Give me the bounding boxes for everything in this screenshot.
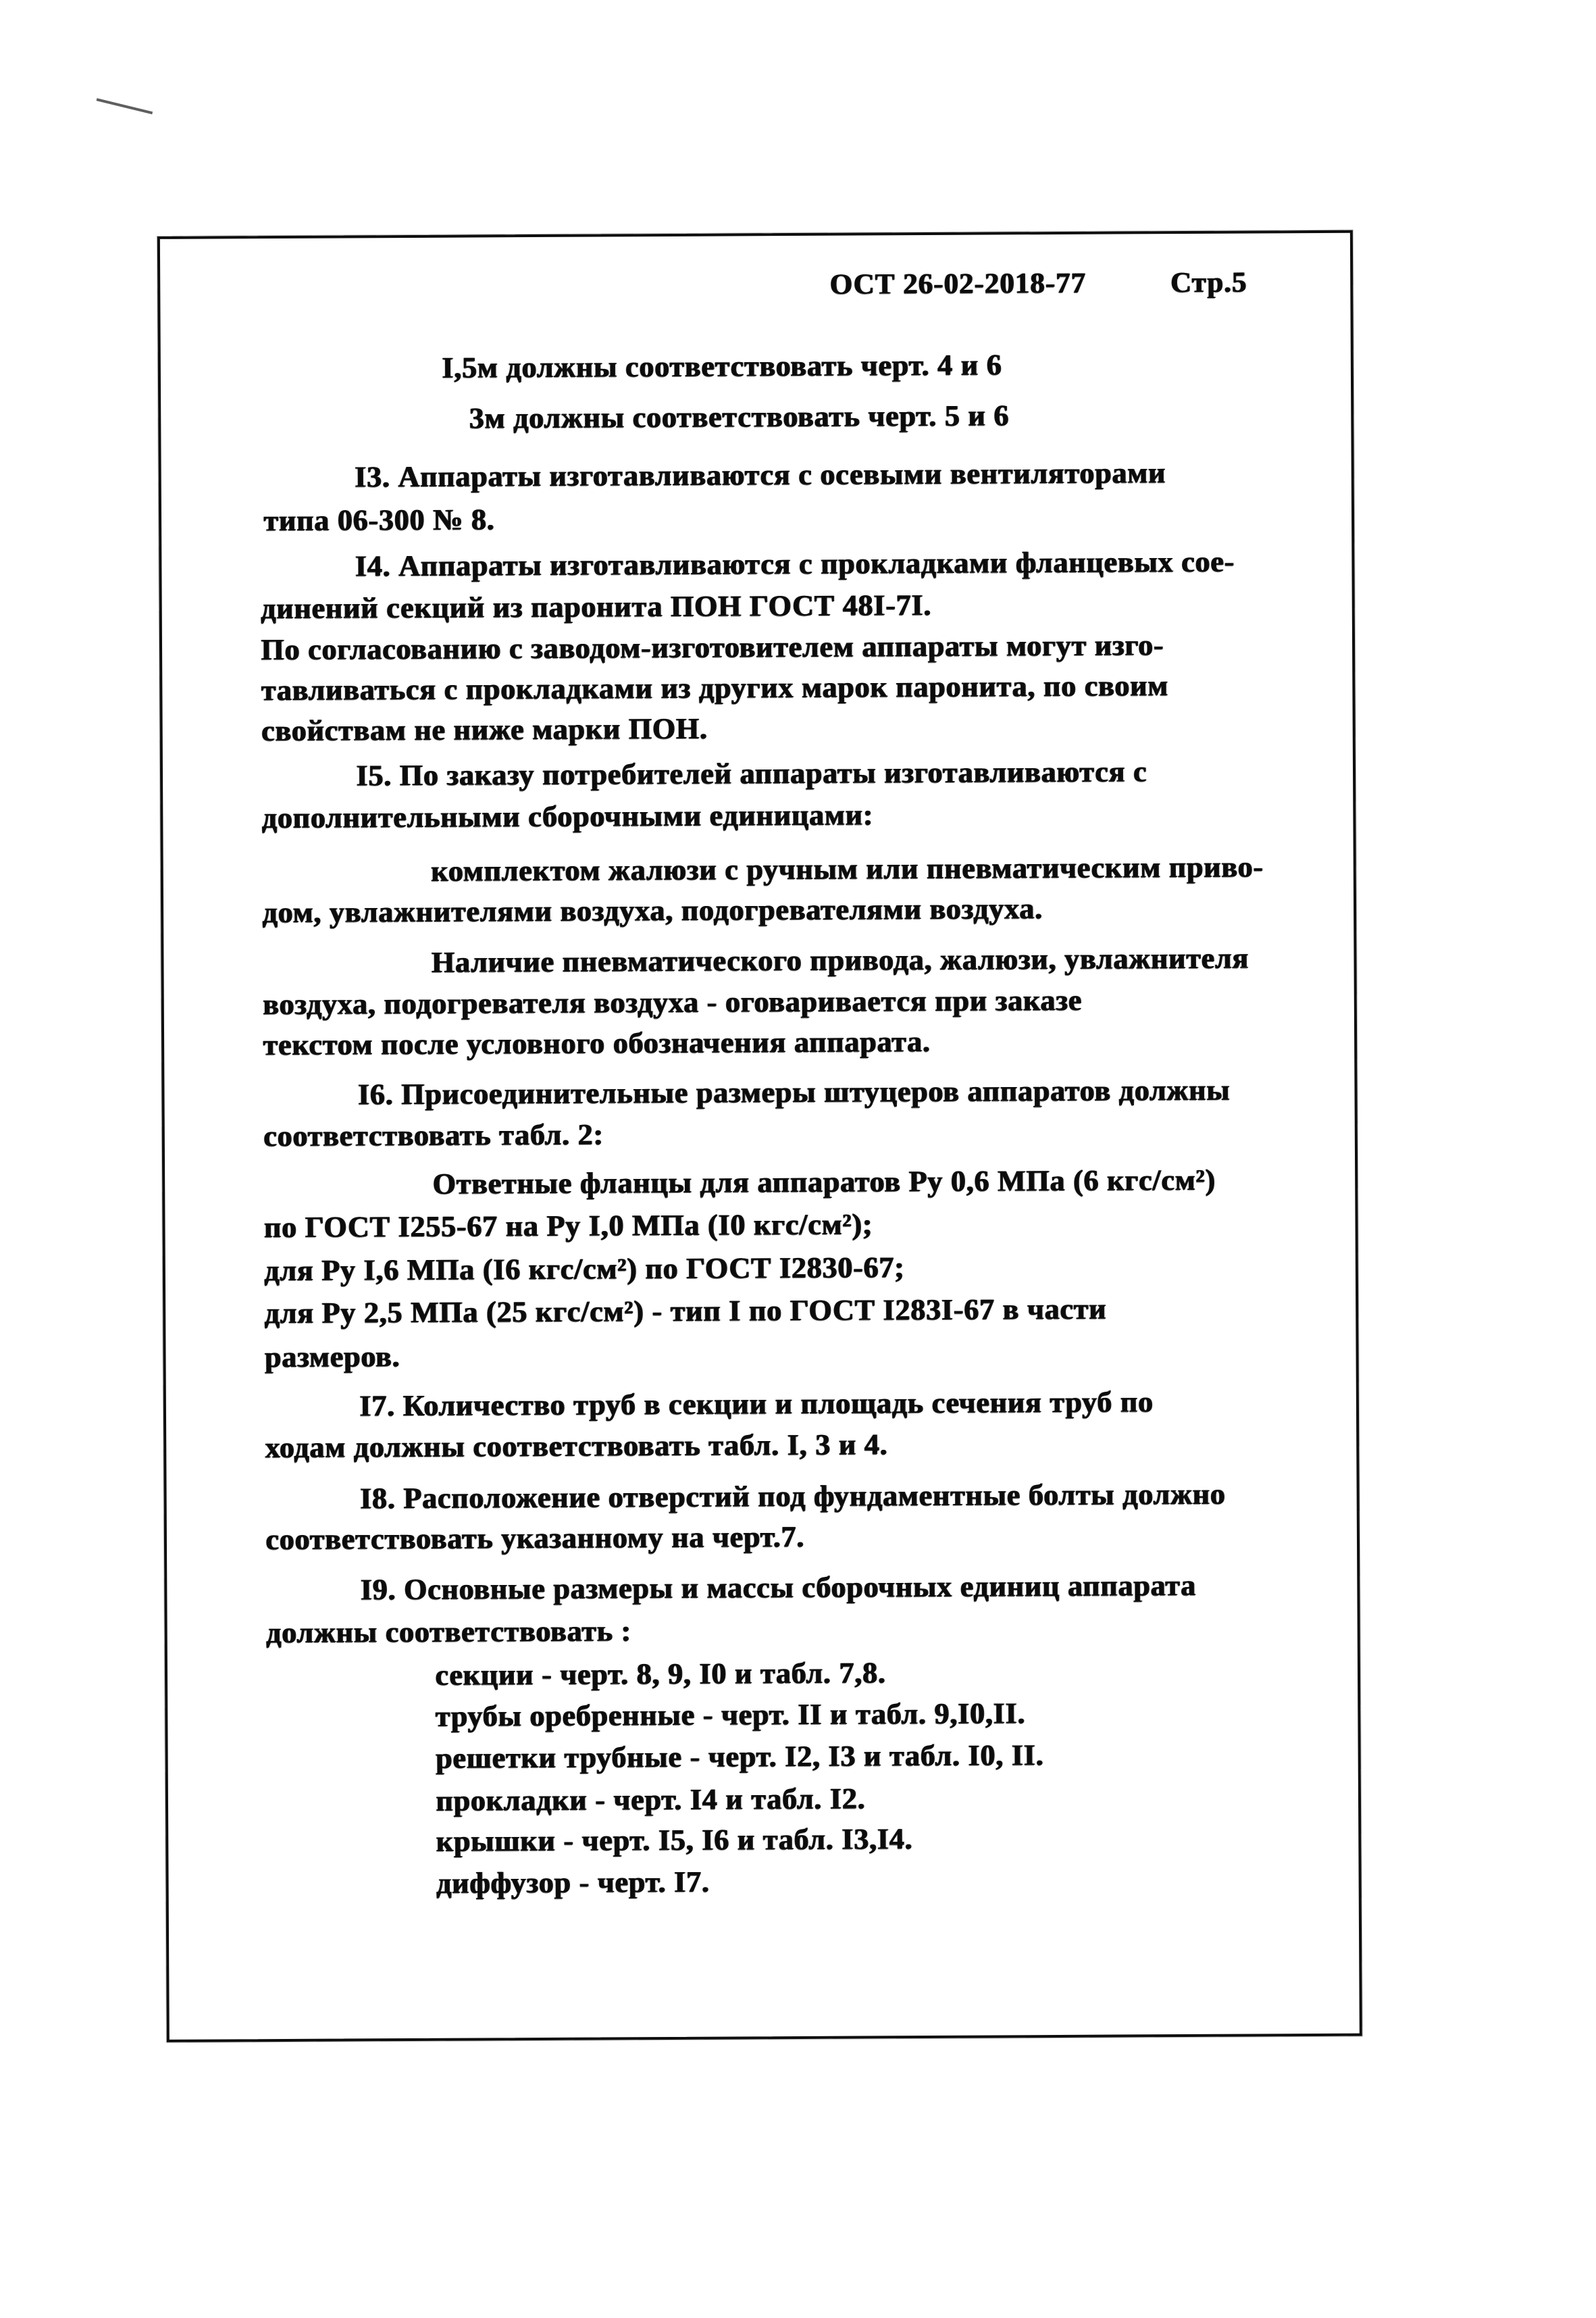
text-line: типа 06-300 № 8. [263, 503, 494, 538]
text-line: тавливаться с прокладками из других маро… [261, 669, 1168, 707]
text-line: соответствовать табл. 2: [263, 1118, 604, 1154]
page-header: ОСТ 26-02-2018-77 Стр.5 [829, 267, 1247, 301]
text-line: дополнительными сборочными единицами: [261, 798, 873, 835]
text-line: по ГОСТ I255-67 на Ру I,0 МПа (I0 кгс/см… [263, 1207, 873, 1244]
text-line: свойствам не ниже марки ПОН. [261, 712, 708, 748]
text-line: I7. Количество труб в секции и площадь с… [359, 1385, 1154, 1423]
text-line: ходам должны соответствовать табл. I, 3 … [265, 1428, 887, 1465]
scan-artifact-mark [97, 98, 153, 114]
text-line: комплектом жалюзи с ручным или пневматич… [431, 850, 1264, 888]
text-line: Ответные фланцы для аппаратов Ру 0,6 МПа… [432, 1163, 1216, 1201]
text-line: воздуха, подогревателя воздуха - оговари… [263, 984, 1082, 1022]
text-line: I4. Аппараты изготавливаются с прокладка… [355, 545, 1234, 584]
doc-number: ОСТ 26-02-2018-77 [829, 268, 1086, 301]
text-line: Наличие пневматического привода, жалюзи,… [431, 942, 1248, 980]
text-line: I8. Расположение отверстий под фундамент… [360, 1478, 1226, 1516]
text-line: трубы оребренные - черт. II и табл. 9,I0… [435, 1696, 1025, 1734]
text-line: По согласованию с заводом-изготовителем … [261, 628, 1164, 667]
text-line: динений секций из паронита ПОН ГОСТ 48I-… [261, 588, 931, 626]
text-line: размеров. [264, 1340, 400, 1374]
text-line: диффузор - черт. I7. [436, 1865, 709, 1900]
text-line: I,5м должны соответствовать черт. 4 и 6 [442, 348, 1002, 384]
text-line: соответствовать указанному на черт.7. [265, 1520, 804, 1557]
text-line: крышки - черт. I5, I6 и табл. I3,I4. [436, 1822, 912, 1859]
text-line: 3м должны соответствовать черт. 5 и 6 [469, 399, 1009, 435]
text-line: текстом после условного обозначения аппа… [263, 1025, 930, 1062]
text-line: решетки трубные - черт. I2, I3 и табл. I… [436, 1738, 1044, 1775]
text-line: I5. По заказу потребителей аппараты изго… [356, 755, 1147, 792]
text-line: дом, увлажнителями воздуха, подогревател… [262, 892, 1043, 930]
text-line: для Ру I,6 МПа (I6 кгс/см²) по ГОСТ I283… [264, 1251, 905, 1288]
text-line: I6. Присоединительные размеры штуцеров а… [357, 1074, 1230, 1112]
text-line: прокладки - черт. I4 и табл. I2. [436, 1782, 865, 1817]
text-line: I3. Аппараты изготавливаются с осевыми в… [355, 456, 1166, 494]
text-line: секции - черт. 8, 9, I0 и табл. 7,8. [435, 1656, 885, 1692]
text-line: I9. Основные размеры и массы сборочных е… [360, 1569, 1195, 1607]
page-number: Стр.5 [1170, 267, 1247, 300]
text-line: должны соответствовать : [266, 1614, 632, 1650]
scanned-document-page: ОСТ 26-02-2018-77 Стр.5 I,5м должны соот… [0, 0, 1596, 2318]
text-line: для Ру 2,5 МПа (25 кгс/см²) - тип I по Г… [264, 1292, 1106, 1331]
